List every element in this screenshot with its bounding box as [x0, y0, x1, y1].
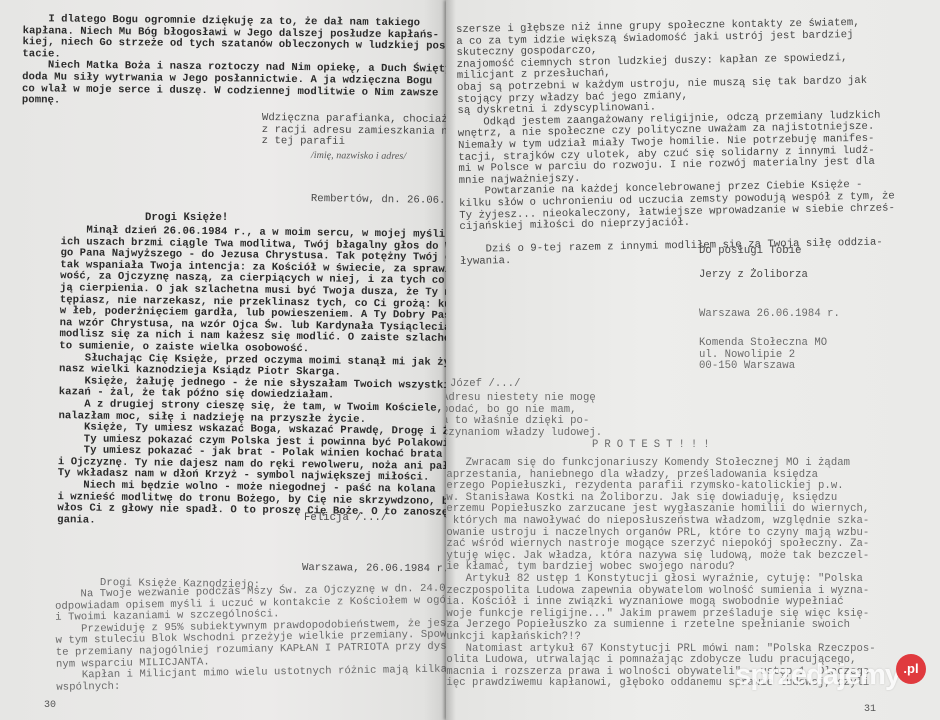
letter-paragraph: I dlatego Bogu ogromnie dziękuję za to, …	[9, 14, 446, 111]
signature: Józef /.../	[450, 379, 520, 391]
left-page: I dlatego Bogu ogromnie dziękuję za to, …	[0, 0, 446, 720]
watermark-badge-icon: .pl	[896, 654, 926, 684]
watermark-logo: sprzedajemy .pl	[735, 659, 926, 692]
watermark-text: sprzedajemy	[735, 659, 900, 692]
letter-paragraph: Na Twoje wezwanie podczas Mszy Św. za Oj…	[42, 583, 446, 694]
signature: Wdzięczna parafianka, chociaż z racji ad…	[262, 113, 446, 150]
signature: Do posługi Tobie Jerzy z Żoliborza	[699, 245, 808, 281]
recipient-address: Komenda Stołeczna MO ul. Nowolipie 2 00-…	[699, 338, 827, 373]
letter-paragraph: Zwracam się do funkcjonariuszy Komendy S…	[446, 458, 876, 690]
greeting: Drogi Księże!	[145, 213, 228, 225]
signature-note: /imię, nazwisko i adres/	[311, 150, 406, 163]
page-number: 30	[44, 700, 56, 711]
place-date: Warszawa, 26.06.1984 r.	[302, 563, 446, 576]
protest-title: PROTEST!!!	[592, 440, 716, 452]
page-number: 31	[864, 704, 876, 715]
signature-note: Adresu niestety nie mogę podać, bo go ni…	[446, 393, 602, 439]
letter-paragraph: szersze i głębsze niż inne grupy społecz…	[456, 17, 896, 268]
right-page: szersze i głębsze niż inne grupy społecz…	[446, 0, 940, 720]
place-date: Rembertów, dn. 26.06.1984	[311, 194, 446, 208]
place-date: Warszawa 26.06.1984 r.	[699, 309, 840, 321]
letter-paragraph: Minął dzień 26.06.1984 r., a w moim serc…	[44, 225, 446, 532]
signature: Felicja /.../	[304, 513, 387, 525]
